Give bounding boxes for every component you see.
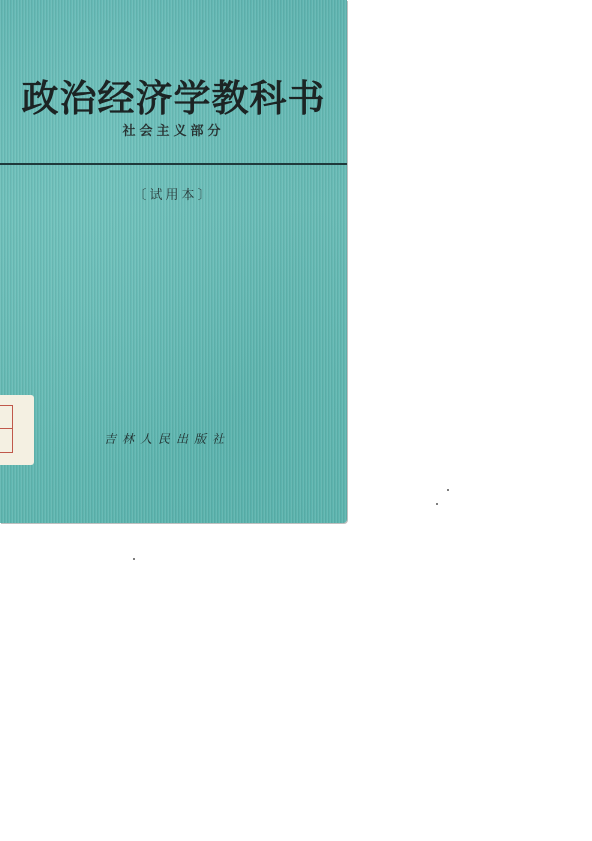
- book-title: 政治经济学教科书: [0, 68, 347, 122]
- scan-speck: [447, 489, 449, 491]
- label-grid: [0, 405, 13, 453]
- edition-label: 〔试用本〕: [0, 184, 347, 203]
- horizontal-rule: [0, 163, 347, 165]
- book-cover: 政治经济学教科书 社会主义部分 〔试用本〕 吉林人民出版社: [0, 0, 347, 523]
- scan-speck: [436, 503, 438, 505]
- library-spine-label: [0, 395, 34, 465]
- publisher-name: 吉林人民出版社: [104, 430, 230, 447]
- scan-speck: [133, 558, 135, 560]
- book-subtitle: 社会主义部分: [0, 120, 347, 139]
